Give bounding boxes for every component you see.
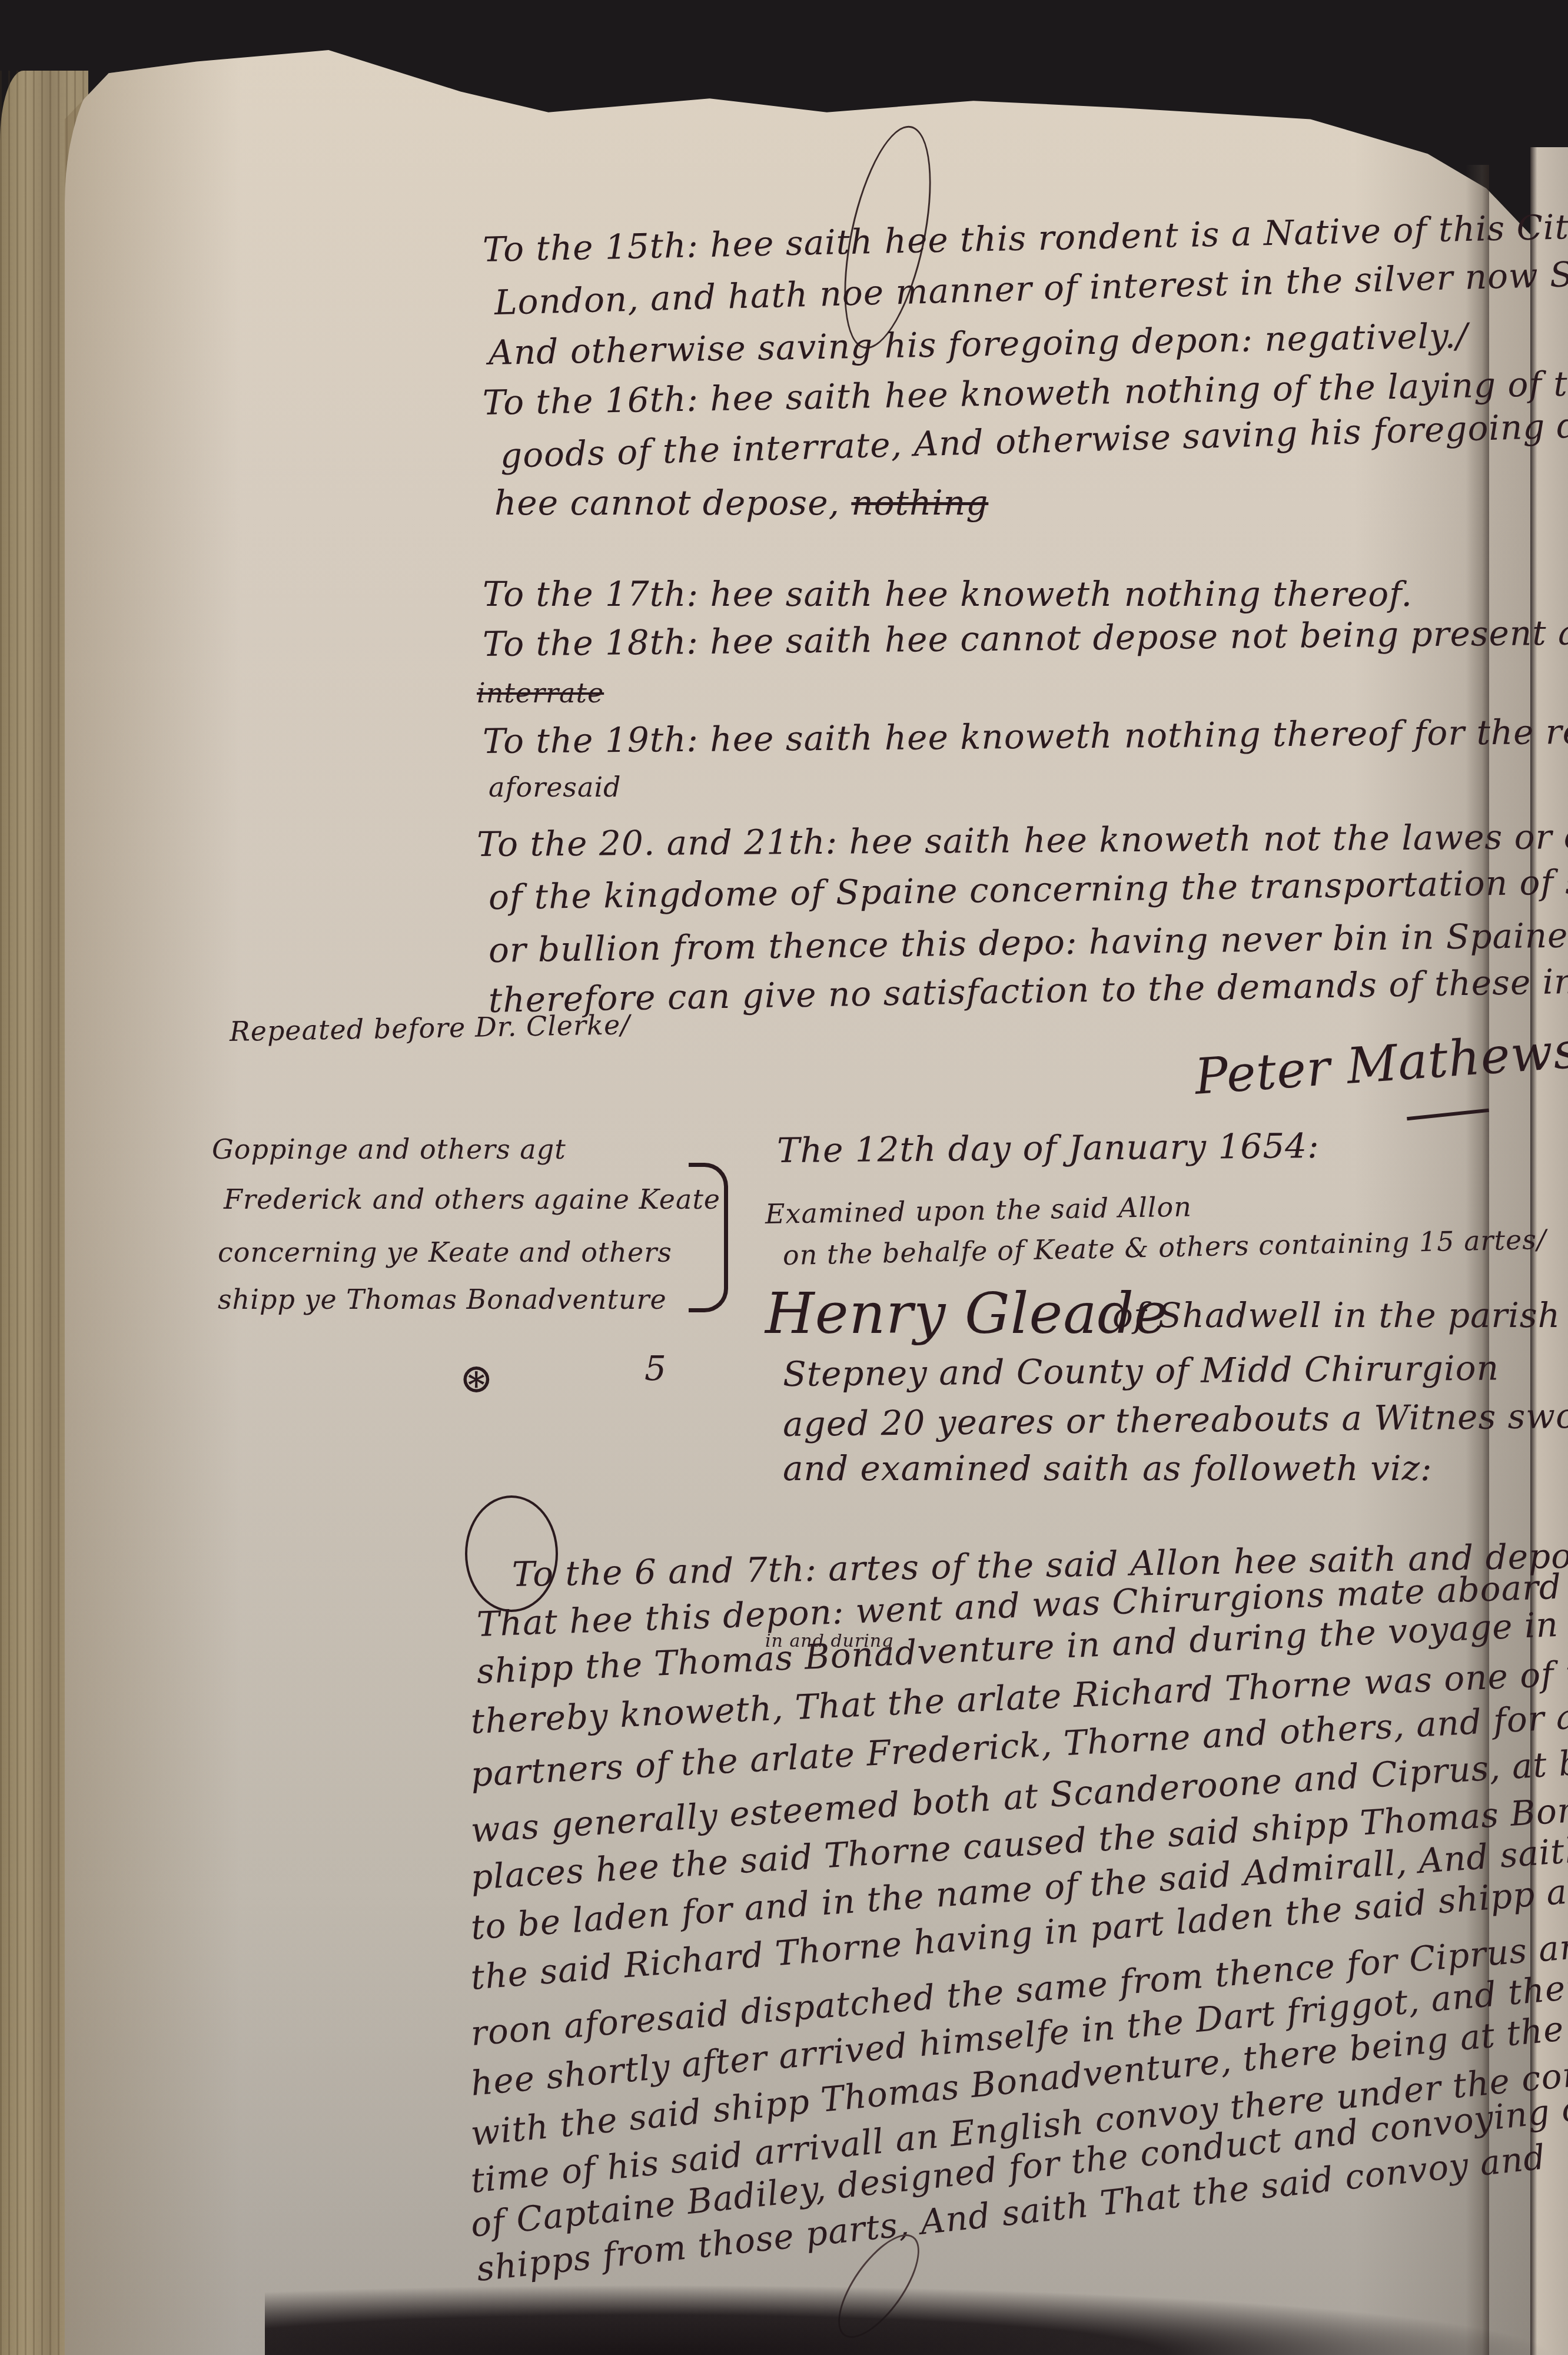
caption-text: concerning ye Keate and others	[218, 1236, 672, 1268]
date-heading: The 12th day of January 1654:	[777, 1126, 1320, 1170]
caption-line: Frederick and others againe Keate	[224, 1183, 720, 1215]
deposition-line: To the 17th: hee saith hee knoweth nothi…	[483, 574, 1413, 614]
bottom-edge-shadow	[265, 2284, 1560, 2355]
witness-line: aged 20 yeares or thereabouts a Witnes s…	[783, 1395, 1568, 1444]
deposition-line: aforesaid	[489, 771, 622, 803]
witness-line: and examined saith as followeth viz:	[783, 1448, 1433, 1488]
notarial-mark-icon: ⊛	[459, 1354, 494, 1402]
caption-line: concerning ye Keate and others	[218, 1236, 672, 1268]
witness-name: Henry Gleade	[765, 1281, 1168, 1346]
caption-line: shipp ye Thomas Bonadventure	[218, 1283, 667, 1315]
manuscript-photo: To the 15th: hee saith hee this rondent …	[0, 0, 1568, 2355]
deposition-text: hee cannot depose,	[494, 483, 840, 523]
witness-line: of Shadwell in the parish of	[1112, 1295, 1568, 1335]
folio-number: 5	[645, 1348, 667, 1388]
caption-line: Goppinge and others agt	[212, 1133, 566, 1165]
deposition-line: interrate	[477, 677, 604, 709]
witness-line: Stepney and County of Midd Chirurgion	[783, 1348, 1499, 1394]
deposition-line: hee cannot depose, nothing	[494, 483, 988, 523]
struck-word: nothing	[851, 483, 988, 523]
caption-bracket	[689, 1163, 728, 1312]
